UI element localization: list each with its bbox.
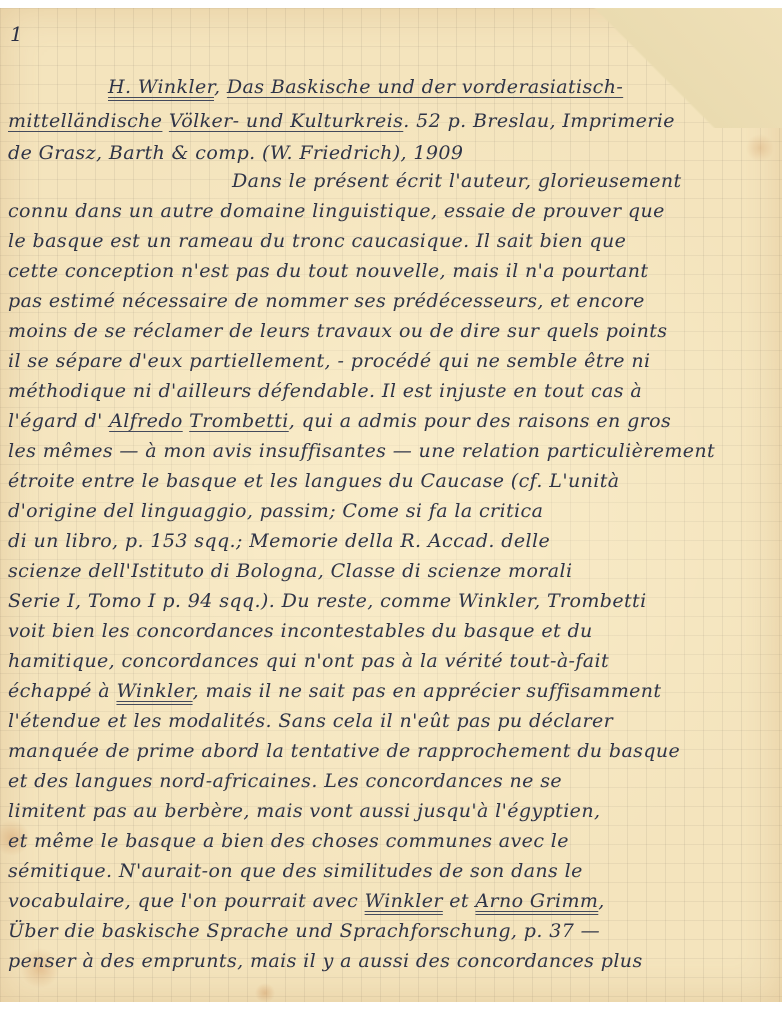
text-line: les mêmes — à mon avis insuffisantes — u… [8, 440, 776, 462]
text-line: Über die baskische Sprache und Sprachfor… [8, 920, 776, 942]
pages-and-place: . 52 p. Breslau, Imprimerie [403, 110, 675, 132]
text-line: connu dans un autre domaine linguistique… [8, 200, 776, 222]
page-number: 1 [10, 22, 23, 46]
text-line: et même le basque a bien des choses comm… [8, 830, 776, 852]
text-line: di un libro, p. 153 sqq.; Memorie della … [8, 530, 776, 552]
name-winkler: Winkler [116, 680, 192, 702]
text-line: échappé à Winkler, mais il ne sait pas e… [8, 680, 776, 702]
manuscript-page: 1 H. Winkler, Das Baskische und der vord… [0, 8, 782, 1002]
work-title-part1: Das Baskische und der vorderasiatisch- [227, 76, 623, 98]
text-line: sémitique. N'aurait-on que des similitud… [8, 860, 776, 882]
heading-line-1: H. Winkler, Das Baskische und der vorder… [108, 76, 776, 98]
text-line: cette conception n'est pas du tout nouve… [8, 260, 776, 282]
text-line: hamitique, concordances qui n'ont pas à … [8, 650, 776, 672]
text-line: penser à des emprunts, mais il y a aussi… [8, 950, 776, 972]
text-line: il se sépare d'eux partiellement, - proc… [8, 350, 776, 372]
text-line: manquée de prime abord la tentative de r… [8, 740, 776, 762]
text-line: pas estimé nécessaire de nommer ses préd… [8, 290, 776, 312]
name-arno-grimm: Arno Grimm [475, 890, 598, 912]
name-trombetti: Trombetti [189, 410, 289, 432]
text-line: Dans le présent écrit l'auteur, glorieus… [232, 170, 776, 192]
work-title-part2b: Völker- und Kulturkreis [169, 110, 403, 132]
heading-line-2: mittelländische Völker- und Kulturkreis.… [8, 110, 776, 132]
text-line: moins de se réclamer de leurs travaux ou… [8, 320, 776, 342]
text-line: étroite entre le basque et les langues d… [8, 470, 776, 492]
text-line: vocabulaire, que l'on pourrait avec Wink… [8, 890, 776, 912]
text-line: d'origine del linguaggio, passim; Come s… [8, 500, 776, 522]
author-name: H. Winkler [108, 76, 214, 98]
name-alfredo: Alfredo [109, 410, 183, 432]
name-winkler: Winkler [365, 890, 443, 912]
text-line: voit bien les concordances incontestable… [8, 620, 776, 642]
text-line: scienze dell'Istituto di Bologna, Classe… [8, 560, 776, 582]
text-line: Serie I, Tomo I p. 94 sqq.). Du reste, c… [8, 590, 776, 612]
work-title-part2a: mittelländische [8, 110, 162, 132]
text-line: le basque est un rameau du tronc caucasi… [8, 230, 776, 252]
text-line: et des langues nord-africaines. Les conc… [8, 770, 776, 792]
text-line: limitent pas au berbère, mais vont aussi… [8, 800, 776, 822]
heading-line-3: de Grasz, Barth & comp. (W. Friedrich), … [8, 142, 776, 164]
text-line: méthodique ni d'ailleurs défendable. Il … [8, 380, 776, 402]
text-line: l'égard d' Alfredo Trombetti, qui a admi… [8, 410, 776, 432]
text-line: l'étendue et les modalités. Sans cela il… [8, 710, 776, 732]
